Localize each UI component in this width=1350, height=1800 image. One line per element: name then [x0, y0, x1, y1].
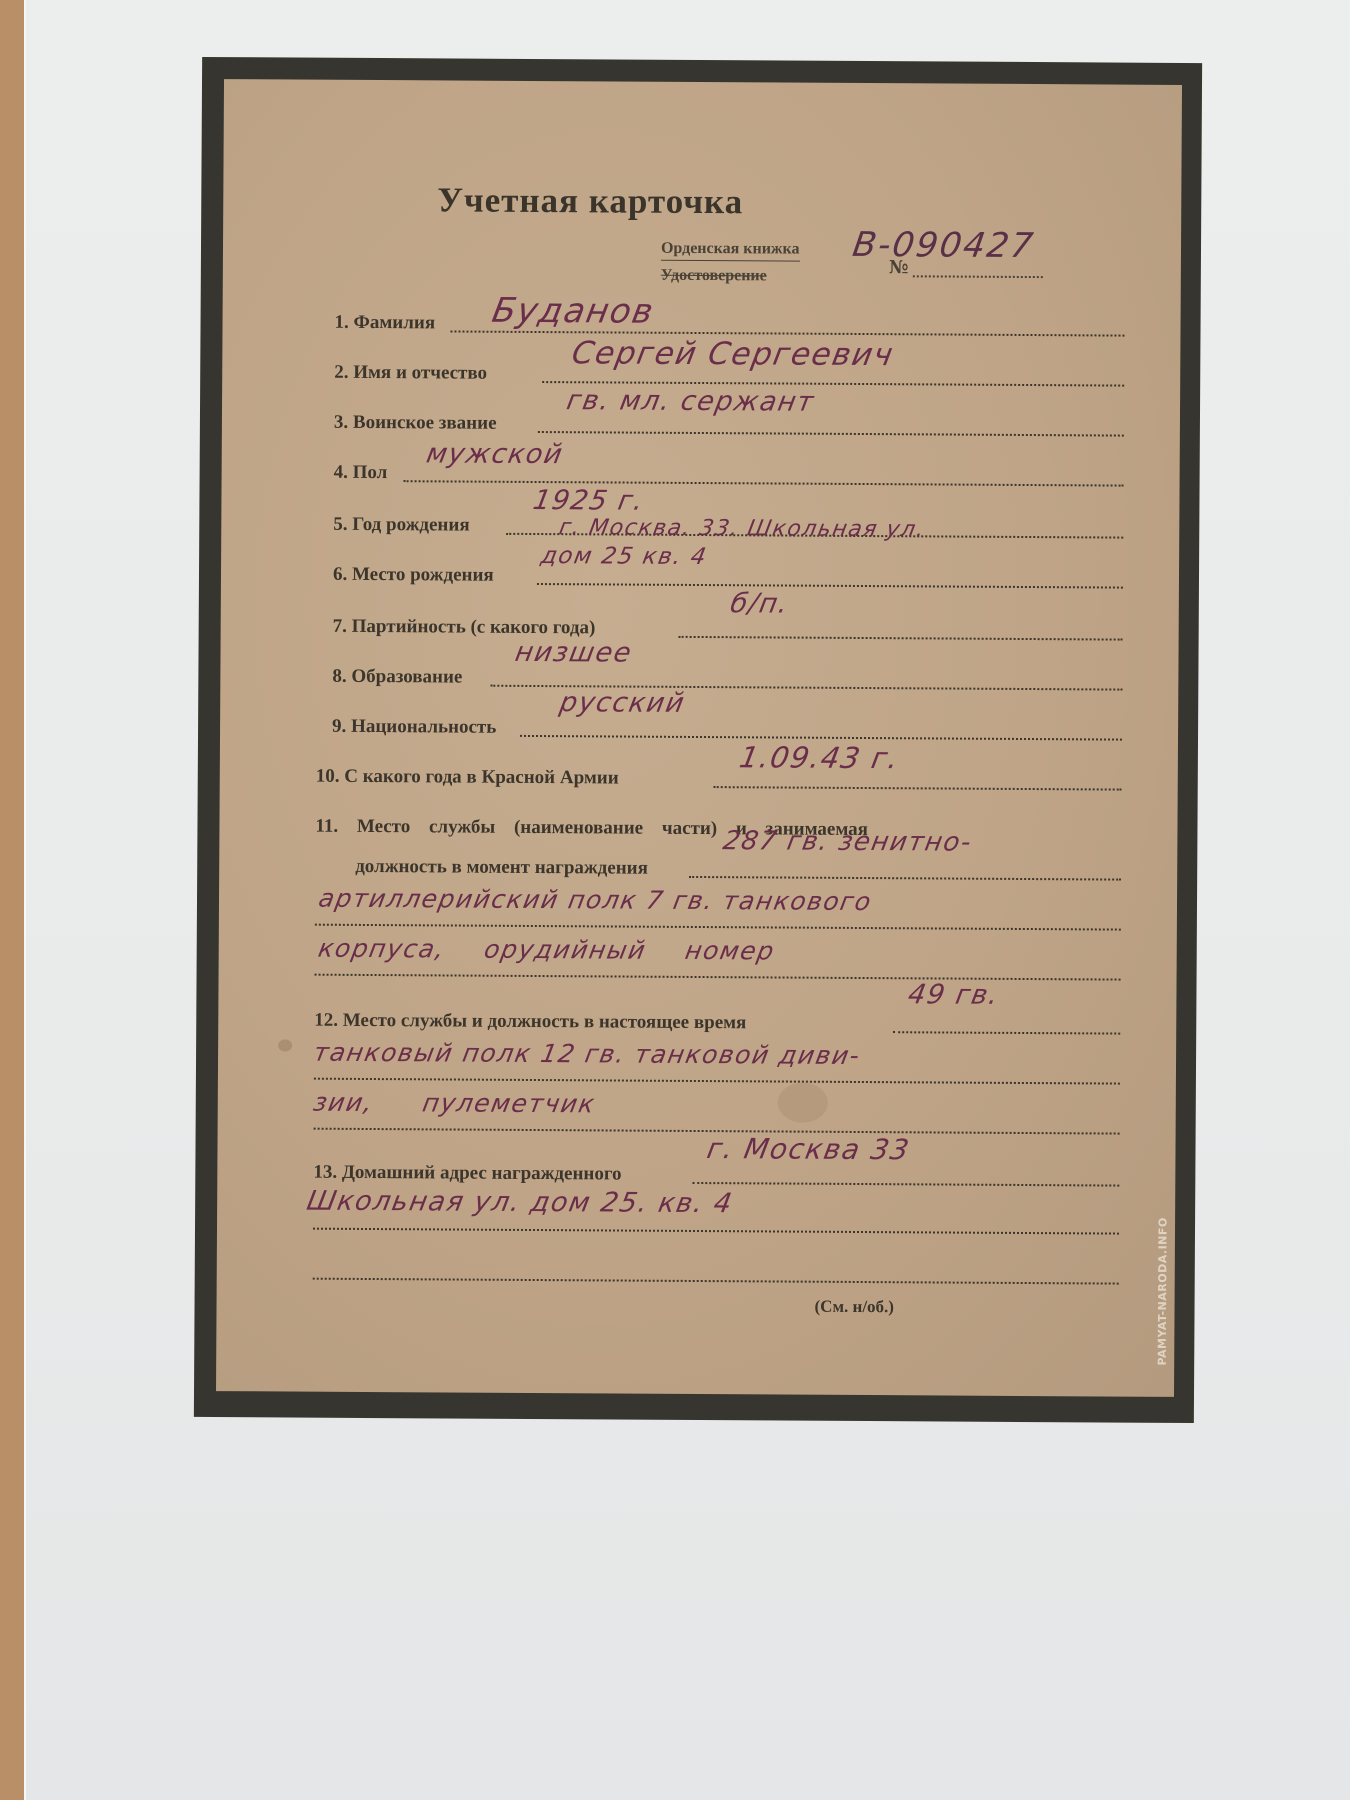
handwritten-value: гв. мл. сержант — [564, 385, 817, 417]
handwritten-value-line1: г. Москва 33 — [704, 1132, 912, 1166]
dotted-line — [538, 431, 1124, 437]
field-label: Имя и отчество — [353, 362, 487, 384]
field-label: Место рождения — [352, 564, 494, 586]
dotted-line — [893, 1031, 1120, 1034]
field-label: Воинское звание — [353, 412, 497, 434]
field-number: 2. — [334, 362, 348, 383]
field-label: Фамилия — [353, 312, 435, 333]
field-label: Партийность (с какого года) — [352, 616, 596, 638]
field-number: 5. — [333, 514, 347, 535]
field-number: 8. — [332, 666, 346, 687]
field-current-service-line3: зии, пулеметчик — [218, 1089, 1176, 1143]
number-dotted-line — [913, 275, 1043, 278]
handwritten-value: 1925 г. — [531, 485, 647, 517]
handwritten-value: низшее — [513, 637, 635, 669]
field-label: Место службы и должность в настоящее вре… — [343, 1010, 747, 1033]
dotted-line — [537, 583, 1123, 589]
field-current-service: 12. Место службы и должность в настоящее… — [218, 989, 1176, 1043]
field-number: 13. — [313, 1162, 337, 1183]
handwritten-value: 1.09.43 г. — [737, 740, 903, 775]
field-nationality: 9. Национальность русский — [220, 695, 1178, 749]
field-home-address-line2: Школьная ул. дом 25. кв. 4 — [217, 1189, 1175, 1243]
field-military-rank: 3. Воинское звание гв. мл. сержант — [222, 391, 1180, 445]
handwritten-value-line2: артиллерийский полк 7 гв. танкового — [316, 884, 874, 916]
field-service-at-award-line2: артиллерийский полк 7 гв. танкового — [219, 885, 1177, 939]
handwritten-value-line2: танковый полк 12 гв. танковой диви- — [311, 1038, 863, 1070]
field-number: 1. — [334, 312, 348, 333]
field-number: 9. — [332, 716, 346, 737]
handwritten-value: мужской — [424, 438, 566, 470]
field-number: 7. — [333, 616, 347, 637]
field-label: Год рождения — [352, 514, 469, 536]
field-education: 8. Образование низшее — [220, 645, 1178, 699]
handwritten-value-line2: дом 25 кв. 4 — [539, 543, 710, 570]
see-reverse-note: (См. н/об.) — [814, 1297, 894, 1317]
field-number: 3. — [334, 412, 348, 433]
handwritten-value-line3: зии, пулеметчик — [311, 1088, 598, 1119]
watermark: PAMYAT-NARODA.INFO — [1152, 1215, 1173, 1375]
handwritten-value-line1: г. Москва. 33. Школьная ул. — [557, 515, 927, 542]
order-book-number: В-090427 — [850, 225, 1037, 266]
book-page: Учетная карточка Орденская книжка Удосто… — [24, 0, 1350, 1800]
handwritten-value: б/п. — [728, 588, 792, 619]
dotted-line — [714, 786, 1122, 790]
watermark-text: PAMYAT-NARODA.INFO — [1156, 1211, 1170, 1371]
registration-card: Учетная карточка Орденская книжка Удосто… — [216, 79, 1182, 1397]
field-label: Пол — [353, 462, 388, 483]
field-sex: 4. Пол мужской — [222, 441, 1180, 495]
field-label: С какого года в Красной Армии — [344, 766, 619, 789]
field-red-army-since: 10. С какого года в Красной Армии 1.09.4… — [220, 745, 1178, 799]
field-number: 10. — [316, 766, 340, 787]
dotted-line — [315, 924, 1121, 931]
field-number: 12. — [314, 1010, 338, 1031]
card-title: Учетная карточка — [437, 180, 743, 222]
card-frame: Учетная карточка Орденская книжка Удосто… — [194, 57, 1202, 1423]
handwritten-value-line3: корпуса, орудийный номер — [316, 934, 777, 966]
handwritten-value-line2: Школьная ул. дом 25. кв. 4 — [304, 1186, 735, 1220]
field-label: Образование — [351, 666, 462, 688]
field-service-at-award-cont: должность в момент награждения 287 гв. з… — [219, 835, 1177, 889]
dotted-line — [404, 480, 1124, 486]
order-book-reference: Орденская книжка Удостоверение № В-09042… — [661, 232, 1051, 294]
handwritten-value: русский — [557, 687, 687, 719]
field-birthplace: 6. Место рождения г. Москва. 33. Школьна… — [221, 543, 1179, 597]
field-label-line2: должность в момент награждения — [355, 856, 648, 880]
blank-line — [217, 1239, 1175, 1293]
field-number: 4. — [334, 462, 348, 483]
handwritten-value-line1: 49 гв. — [906, 979, 1002, 1011]
field-current-service-line2: танковый полк 12 гв. танковой диви- — [218, 1039, 1176, 1093]
dotted-line — [679, 636, 1123, 641]
dotted-line — [520, 735, 1122, 741]
handwritten-value: Сергей Сергеевич — [569, 335, 897, 373]
dotted-line — [313, 1228, 1119, 1235]
field-service-at-award-line3: корпуса, орудийный номер — [219, 935, 1177, 989]
handwritten-value-line1: 287 гв. зенитно- — [721, 826, 975, 857]
field-number: 11. — [315, 816, 338, 837]
dotted-line — [692, 1182, 1119, 1187]
field-label: Национальность — [351, 716, 496, 738]
dotted-line — [314, 1078, 1120, 1085]
order-book-label: Орденская книжка — [661, 240, 800, 262]
field-label: Домашний адрес награжденного — [342, 1162, 622, 1185]
dotted-line — [689, 876, 1121, 881]
field-party-membership: 7. Партийность (с какого года) б/п. — [221, 595, 1179, 649]
handwritten-value: Буданов — [489, 291, 658, 332]
field-number: 6. — [333, 564, 347, 585]
dotted-line — [313, 1278, 1119, 1285]
certificate-label-struck: Удостоверение — [661, 267, 767, 286]
